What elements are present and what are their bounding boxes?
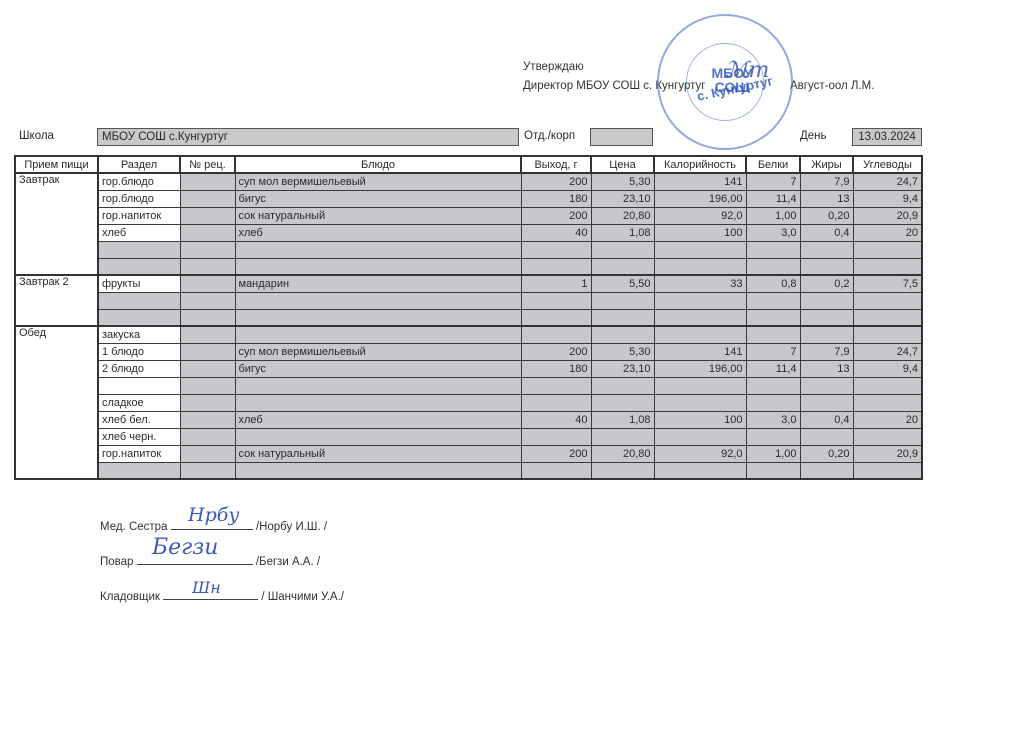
table-row: Завтрак 2фруктымандарин15,50330,80,27,5 bbox=[15, 275, 922, 292]
table-row bbox=[15, 292, 922, 309]
table-header-row: Прием пищиРаздел№ рец.БлюдоВыход, гЦенаК… bbox=[15, 156, 922, 173]
dept-label: Отд./корп bbox=[524, 130, 575, 142]
dish-cell[interactable] bbox=[235, 309, 521, 326]
dish-cell[interactable] bbox=[235, 377, 521, 394]
protein-cell[interactable]: 11,4 bbox=[746, 360, 800, 377]
section-cell[interactable]: фрукты bbox=[98, 275, 180, 292]
weight-cell[interactable] bbox=[521, 394, 591, 411]
calories-cell[interactable]: 196,00 bbox=[654, 190, 746, 207]
column-header: Жиры bbox=[800, 156, 853, 173]
recipe-cell[interactable] bbox=[180, 343, 235, 360]
table-row: Завтракгор.блюдосуп мол вермишельевый200… bbox=[15, 173, 922, 190]
column-header: Прием пищи bbox=[15, 156, 98, 173]
column-header: Углеводы bbox=[853, 156, 922, 173]
calories-cell[interactable] bbox=[654, 258, 746, 275]
fat-cell[interactable] bbox=[800, 258, 853, 275]
dish-cell[interactable] bbox=[235, 462, 521, 479]
column-header: № рец. bbox=[180, 156, 235, 173]
column-header: Раздел bbox=[98, 156, 180, 173]
weight-cell[interactable] bbox=[521, 241, 591, 258]
protein-cell[interactable]: 7 bbox=[746, 343, 800, 360]
dish-cell[interactable]: бигус bbox=[235, 190, 521, 207]
signature-name: /Норбу И.Ш. / bbox=[256, 521, 327, 533]
price-cell[interactable]: 5,50 bbox=[591, 275, 654, 292]
price-cell[interactable] bbox=[591, 462, 654, 479]
price-cell[interactable] bbox=[591, 326, 654, 343]
fat-cell[interactable]: 0,20 bbox=[800, 445, 853, 462]
section-cell[interactable]: хлеб бел. bbox=[98, 411, 180, 428]
weight-cell[interactable]: 1 bbox=[521, 275, 591, 292]
carbs-cell[interactable] bbox=[853, 428, 922, 445]
approval-director-name: Август-оол Л.М. bbox=[790, 80, 874, 92]
carbs-cell[interactable]: 20,9 bbox=[853, 207, 922, 224]
table-row: гор.блюдобигус18023,10196,0011,4139,4 bbox=[15, 190, 922, 207]
calories-cell[interactable] bbox=[654, 241, 746, 258]
fat-cell[interactable]: 7,9 bbox=[800, 173, 853, 190]
dish-cell[interactable]: суп мол вермишельевый bbox=[235, 343, 521, 360]
price-cell[interactable]: 23,10 bbox=[591, 190, 654, 207]
school-field[interactable]: МБОУ СОШ с.Кунгуртуг bbox=[97, 128, 519, 146]
weight-cell[interactable]: 200 bbox=[521, 207, 591, 224]
signature-role: Кладовщик bbox=[100, 591, 160, 603]
price-cell[interactable]: 5,30 bbox=[591, 173, 654, 190]
price-cell[interactable]: 20,80 bbox=[591, 445, 654, 462]
fat-cell[interactable] bbox=[800, 394, 853, 411]
protein-cell[interactable] bbox=[746, 241, 800, 258]
section-cell[interactable]: хлеб bbox=[98, 224, 180, 241]
signature-storekeeper: Кладовщик / Шанчими У.А./ bbox=[100, 587, 344, 603]
column-header: Калорийность bbox=[654, 156, 746, 173]
recipe-cell[interactable] bbox=[180, 411, 235, 428]
column-header: Белки bbox=[746, 156, 800, 173]
section-cell[interactable]: сладкое bbox=[98, 394, 180, 411]
dish-cell[interactable]: хлеб bbox=[235, 224, 521, 241]
carbs-cell[interactable] bbox=[853, 394, 922, 411]
calories-cell[interactable]: 196,00 bbox=[654, 360, 746, 377]
weight-cell[interactable]: 180 bbox=[521, 360, 591, 377]
protein-cell[interactable] bbox=[746, 428, 800, 445]
carbs-cell[interactable]: 9,4 bbox=[853, 360, 922, 377]
carbs-cell[interactable]: 9,4 bbox=[853, 190, 922, 207]
calories-cell[interactable]: 141 bbox=[654, 343, 746, 360]
recipe-cell[interactable] bbox=[180, 190, 235, 207]
day-field[interactable]: 13.03.2024 bbox=[852, 128, 922, 146]
protein-cell[interactable] bbox=[746, 377, 800, 394]
calories-cell[interactable] bbox=[654, 309, 746, 326]
protein-cell[interactable] bbox=[746, 292, 800, 309]
column-header: Цена bbox=[591, 156, 654, 173]
table-row: хлебхлеб401,081003,00,420 bbox=[15, 224, 922, 241]
calories-cell[interactable] bbox=[654, 428, 746, 445]
protein-cell[interactable]: 1,00 bbox=[746, 445, 800, 462]
protein-cell[interactable] bbox=[746, 258, 800, 275]
table-row bbox=[15, 377, 922, 394]
table-row bbox=[15, 309, 922, 326]
table-row: хлеб бел.хлеб401,081003,00,420 bbox=[15, 411, 922, 428]
carbs-cell[interactable]: 20 bbox=[853, 411, 922, 428]
protein-cell[interactable]: 3,0 bbox=[746, 411, 800, 428]
price-cell[interactable] bbox=[591, 428, 654, 445]
nurse-signature-scribble: Нрбу bbox=[188, 504, 239, 526]
weight-cell[interactable] bbox=[521, 326, 591, 343]
price-cell[interactable]: 23,10 bbox=[591, 360, 654, 377]
weight-cell[interactable] bbox=[521, 309, 591, 326]
section-cell[interactable] bbox=[98, 258, 180, 275]
signature-name: /Бегзи А.А. / bbox=[256, 556, 320, 568]
weight-cell[interactable] bbox=[521, 428, 591, 445]
calories-cell[interactable]: 33 bbox=[654, 275, 746, 292]
carbs-cell[interactable]: 24,7 bbox=[853, 343, 922, 360]
carbs-cell[interactable] bbox=[853, 326, 922, 343]
weight-cell[interactable]: 200 bbox=[521, 445, 591, 462]
table-row bbox=[15, 258, 922, 275]
price-cell[interactable] bbox=[591, 394, 654, 411]
protein-cell[interactable] bbox=[746, 326, 800, 343]
weight-cell[interactable]: 180 bbox=[521, 190, 591, 207]
dish-cell[interactable]: сок натуральный bbox=[235, 207, 521, 224]
table-row: гор.напитоксок натуральный20020,8092,01,… bbox=[15, 207, 922, 224]
column-header: Блюдо bbox=[235, 156, 521, 173]
section-cell[interactable]: хлеб черн. bbox=[98, 428, 180, 445]
fat-cell[interactable]: 13 bbox=[800, 190, 853, 207]
calories-cell[interactable] bbox=[654, 462, 746, 479]
section-cell[interactable] bbox=[98, 309, 180, 326]
weight-cell[interactable] bbox=[521, 292, 591, 309]
price-cell[interactable] bbox=[591, 241, 654, 258]
signature-role: Мед. Сестра bbox=[100, 521, 167, 533]
table-row: гор.напитоксок натуральный20020,8092,01,… bbox=[15, 445, 922, 462]
meal-cell: Обед bbox=[15, 326, 98, 479]
section-cell[interactable]: гор.блюдо bbox=[98, 173, 180, 190]
calories-cell[interactable]: 100 bbox=[654, 411, 746, 428]
meal-cell: Завтрак bbox=[15, 173, 98, 275]
day-label: День bbox=[800, 130, 827, 142]
carbs-cell[interactable]: 20,9 bbox=[853, 445, 922, 462]
dish-cell[interactable] bbox=[235, 326, 521, 343]
recipe-cell[interactable] bbox=[180, 173, 235, 190]
fat-cell[interactable]: 0,2 bbox=[800, 275, 853, 292]
section-cell[interactable]: 2 блюдо bbox=[98, 360, 180, 377]
column-header: Выход, г bbox=[521, 156, 591, 173]
meal-cell: Завтрак 2 bbox=[15, 275, 98, 326]
dish-cell[interactable]: суп мол вермишельевый bbox=[235, 173, 521, 190]
recipe-cell[interactable] bbox=[180, 207, 235, 224]
carbs-cell[interactable] bbox=[853, 309, 922, 326]
signature-role: Повар bbox=[100, 556, 133, 568]
dish-cell[interactable] bbox=[235, 241, 521, 258]
protein-cell[interactable]: 7 bbox=[746, 173, 800, 190]
price-cell[interactable] bbox=[591, 309, 654, 326]
section-cell[interactable]: гор.напиток bbox=[98, 445, 180, 462]
fat-cell[interactable]: 7,9 bbox=[800, 343, 853, 360]
carbs-cell[interactable] bbox=[853, 241, 922, 258]
carbs-cell[interactable] bbox=[853, 377, 922, 394]
recipe-cell[interactable] bbox=[180, 326, 235, 343]
fat-cell[interactable]: 0,4 bbox=[800, 224, 853, 241]
recipe-cell[interactable] bbox=[180, 241, 235, 258]
carbs-cell[interactable]: 7,5 bbox=[853, 275, 922, 292]
carbs-cell[interactable] bbox=[853, 462, 922, 479]
fat-cell[interactable] bbox=[800, 462, 853, 479]
price-cell[interactable]: 20,80 bbox=[591, 207, 654, 224]
fat-cell[interactable] bbox=[800, 309, 853, 326]
protein-cell[interactable]: 11,4 bbox=[746, 190, 800, 207]
school-label: Школа bbox=[19, 130, 54, 142]
protein-cell[interactable]: 0,8 bbox=[746, 275, 800, 292]
fat-cell[interactable] bbox=[800, 241, 853, 258]
protein-cell[interactable] bbox=[746, 462, 800, 479]
recipe-cell[interactable] bbox=[180, 360, 235, 377]
dish-cell[interactable]: хлеб bbox=[235, 411, 521, 428]
section-cell[interactable] bbox=[98, 241, 180, 258]
calories-cell[interactable]: 100 bbox=[654, 224, 746, 241]
fat-cell[interactable] bbox=[800, 428, 853, 445]
calories-cell[interactable] bbox=[654, 292, 746, 309]
table-row: сладкое bbox=[15, 394, 922, 411]
signature-name: / Шанчими У.А./ bbox=[261, 591, 344, 603]
fat-cell[interactable]: 13 bbox=[800, 360, 853, 377]
section-cell[interactable] bbox=[98, 377, 180, 394]
price-cell[interactable] bbox=[591, 377, 654, 394]
calories-cell[interactable]: 141 bbox=[654, 173, 746, 190]
table-row bbox=[15, 241, 922, 258]
recipe-cell[interactable] bbox=[180, 275, 235, 292]
dish-cell[interactable]: сок натуральный bbox=[235, 445, 521, 462]
menu-table: Прием пищиРаздел№ рец.БлюдоВыход, гЦенаК… bbox=[14, 155, 923, 480]
weight-cell[interactable]: 40 bbox=[521, 224, 591, 241]
calories-cell[interactable] bbox=[654, 394, 746, 411]
section-cell[interactable]: 1 блюдо bbox=[98, 343, 180, 360]
dish-cell[interactable]: мандарин bbox=[235, 275, 521, 292]
price-cell[interactable] bbox=[591, 258, 654, 275]
fat-cell[interactable]: 0,4 bbox=[800, 411, 853, 428]
price-cell[interactable] bbox=[591, 292, 654, 309]
fat-cell[interactable] bbox=[800, 377, 853, 394]
section-cell[interactable]: гор.напиток bbox=[98, 207, 180, 224]
dish-cell[interactable] bbox=[235, 292, 521, 309]
fat-cell[interactable] bbox=[800, 292, 853, 309]
table-row: 2 блюдобигус18023,10196,0011,4139,4 bbox=[15, 360, 922, 377]
price-cell[interactable]: 5,30 bbox=[591, 343, 654, 360]
dish-cell[interactable] bbox=[235, 258, 521, 275]
protein-cell[interactable]: 1,00 bbox=[746, 207, 800, 224]
price-cell[interactable]: 1,08 bbox=[591, 224, 654, 241]
recipe-cell[interactable] bbox=[180, 394, 235, 411]
table-row: 1 блюдосуп мол вермишельевый2005,3014177… bbox=[15, 343, 922, 360]
approval-title: Утверждаю bbox=[523, 61, 584, 73]
price-cell[interactable]: 1,08 bbox=[591, 411, 654, 428]
dish-cell[interactable] bbox=[235, 394, 521, 411]
fat-cell[interactable]: 0,20 bbox=[800, 207, 853, 224]
protein-cell[interactable]: 3,0 bbox=[746, 224, 800, 241]
protein-cell[interactable] bbox=[746, 309, 800, 326]
recipe-cell[interactable] bbox=[180, 292, 235, 309]
dish-cell[interactable]: бигус bbox=[235, 360, 521, 377]
carbs-cell[interactable] bbox=[853, 258, 922, 275]
weight-cell[interactable] bbox=[521, 377, 591, 394]
recipe-cell[interactable] bbox=[180, 377, 235, 394]
storekeeper-signature-scribble: Шн bbox=[192, 578, 221, 597]
section-cell[interactable] bbox=[98, 462, 180, 479]
section-cell[interactable] bbox=[98, 292, 180, 309]
table-row: хлеб черн. bbox=[15, 428, 922, 445]
recipe-cell[interactable] bbox=[180, 428, 235, 445]
calories-cell[interactable] bbox=[654, 326, 746, 343]
carbs-cell[interactable]: 20 bbox=[853, 224, 922, 241]
fat-cell[interactable] bbox=[800, 326, 853, 343]
dept-field[interactable] bbox=[590, 128, 653, 146]
table-row: Обедзакуска bbox=[15, 326, 922, 343]
weight-cell[interactable] bbox=[521, 258, 591, 275]
recipe-cell[interactable] bbox=[180, 309, 235, 326]
table-row bbox=[15, 462, 922, 479]
protein-cell[interactable] bbox=[746, 394, 800, 411]
carbs-cell[interactable]: 24,7 bbox=[853, 173, 922, 190]
carbs-cell[interactable] bbox=[853, 292, 922, 309]
calories-cell[interactable]: 92,0 bbox=[654, 445, 746, 462]
section-cell[interactable]: закуска bbox=[98, 326, 180, 343]
weight-cell[interactable]: 40 bbox=[521, 411, 591, 428]
weight-cell[interactable]: 200 bbox=[521, 343, 591, 360]
recipe-cell[interactable] bbox=[180, 258, 235, 275]
cook-signature-scribble: Бегзи bbox=[152, 535, 218, 560]
weight-cell[interactable]: 200 bbox=[521, 173, 591, 190]
recipe-cell[interactable] bbox=[180, 462, 235, 479]
recipe-cell[interactable] bbox=[180, 445, 235, 462]
weight-cell[interactable] bbox=[521, 462, 591, 479]
dish-cell[interactable] bbox=[235, 428, 521, 445]
director-signature: ℳm bbox=[725, 58, 769, 83]
calories-cell[interactable]: 92,0 bbox=[654, 207, 746, 224]
section-cell[interactable]: гор.блюдо bbox=[98, 190, 180, 207]
recipe-cell[interactable] bbox=[180, 224, 235, 241]
calories-cell[interactable] bbox=[654, 377, 746, 394]
